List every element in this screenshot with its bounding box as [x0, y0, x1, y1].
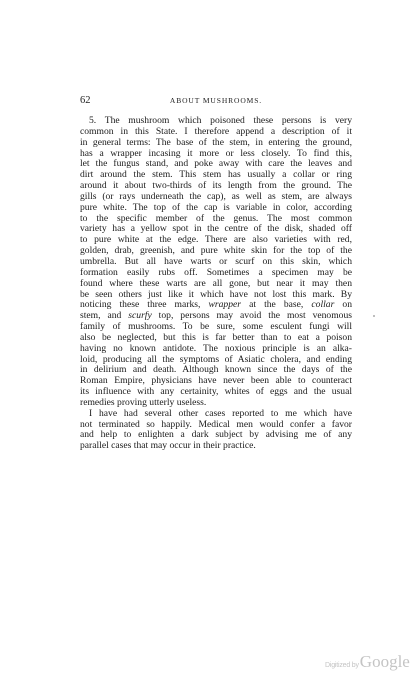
- running-head: ABOUT MUSHROOMS.: [80, 96, 352, 105]
- watermark-brand: Google: [360, 652, 410, 671]
- page-header: 62 ABOUT MUSHROOMS.: [80, 95, 352, 107]
- digitized-by-google-watermark: Digitized byGoogle: [325, 652, 410, 672]
- body-text: 5. The mushroom which poisoned these per…: [80, 116, 352, 452]
- book-page: 62 ABOUT MUSHROOMS. 5. The mushroom whic…: [0, 0, 420, 683]
- watermark-prefix: Digitized by: [325, 662, 359, 669]
- italic-term: collar: [311, 299, 334, 310]
- italic-term: wrapper: [208, 299, 241, 310]
- paragraph-mushroom-description: 5. The mushroom which poisoned these per…: [80, 116, 352, 409]
- text-line: parallel cases that may occur in their p…: [80, 441, 352, 452]
- italic-term: scurfy: [128, 310, 151, 321]
- scan-speck: [373, 315, 375, 317]
- paragraph-other-cases: I have had several other cases reported …: [80, 409, 352, 452]
